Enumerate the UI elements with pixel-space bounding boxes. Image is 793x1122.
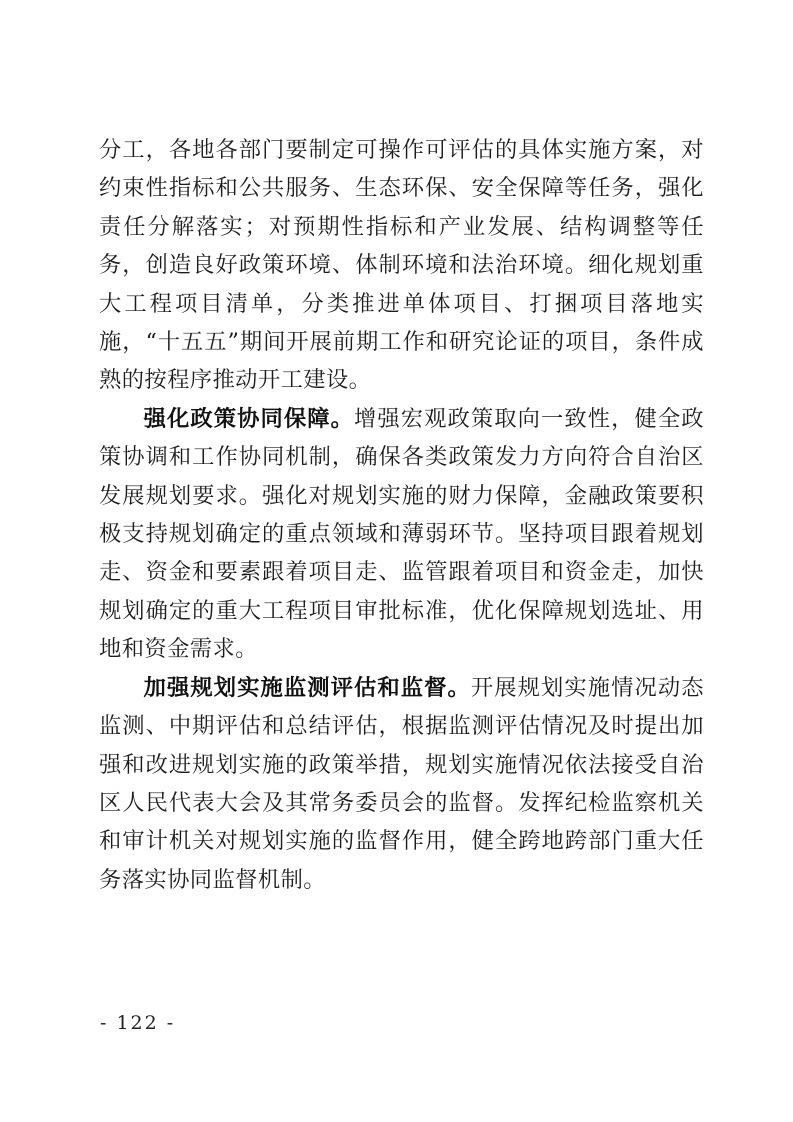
paragraph-text: 增强宏观政策取向一致性，健全政策协调和工作协同机制，确保各类政策发力方向符合自治… xyxy=(99,406,704,662)
document-page: 分工，各地各部门要制定可操作可评估的具体实施方案，对约束性指标和公共服务、生态环… xyxy=(0,0,793,1122)
paragraph-text: 开展规划实施情况动态监测、中期评估和总结评估，根据监测评估情况及时提出加强和改进… xyxy=(99,675,704,893)
document-body: 分工，各地各部门要制定可操作可评估的具体实施方案，对约束性指标和公共服务、生态环… xyxy=(99,131,704,899)
paragraph-continuation: 分工，各地各部门要制定可操作可评估的具体实施方案，对约束性指标和公共服务、生态环… xyxy=(99,131,704,400)
paragraph-lead-bold: 强化政策协同保障。 xyxy=(144,406,354,432)
paragraph-text: 分工，各地各部门要制定可操作可评估的具体实施方案，对约束性指标和公共服务、生态环… xyxy=(99,137,704,393)
paragraph-lead-bold: 加强规划实施监测评估和监督。 xyxy=(144,675,471,701)
paragraph-monitoring-supervision: 加强规划实施监测评估和监督。开展规划实施情况动态监测、中期评估和总结评估，根据监… xyxy=(99,669,704,899)
page-number: - 122 - xyxy=(100,1012,175,1034)
paragraph-policy-coordination: 强化政策协同保障。增强宏观政策取向一致性，健全政策协调和工作协同机制，确保各类政… xyxy=(99,400,704,669)
